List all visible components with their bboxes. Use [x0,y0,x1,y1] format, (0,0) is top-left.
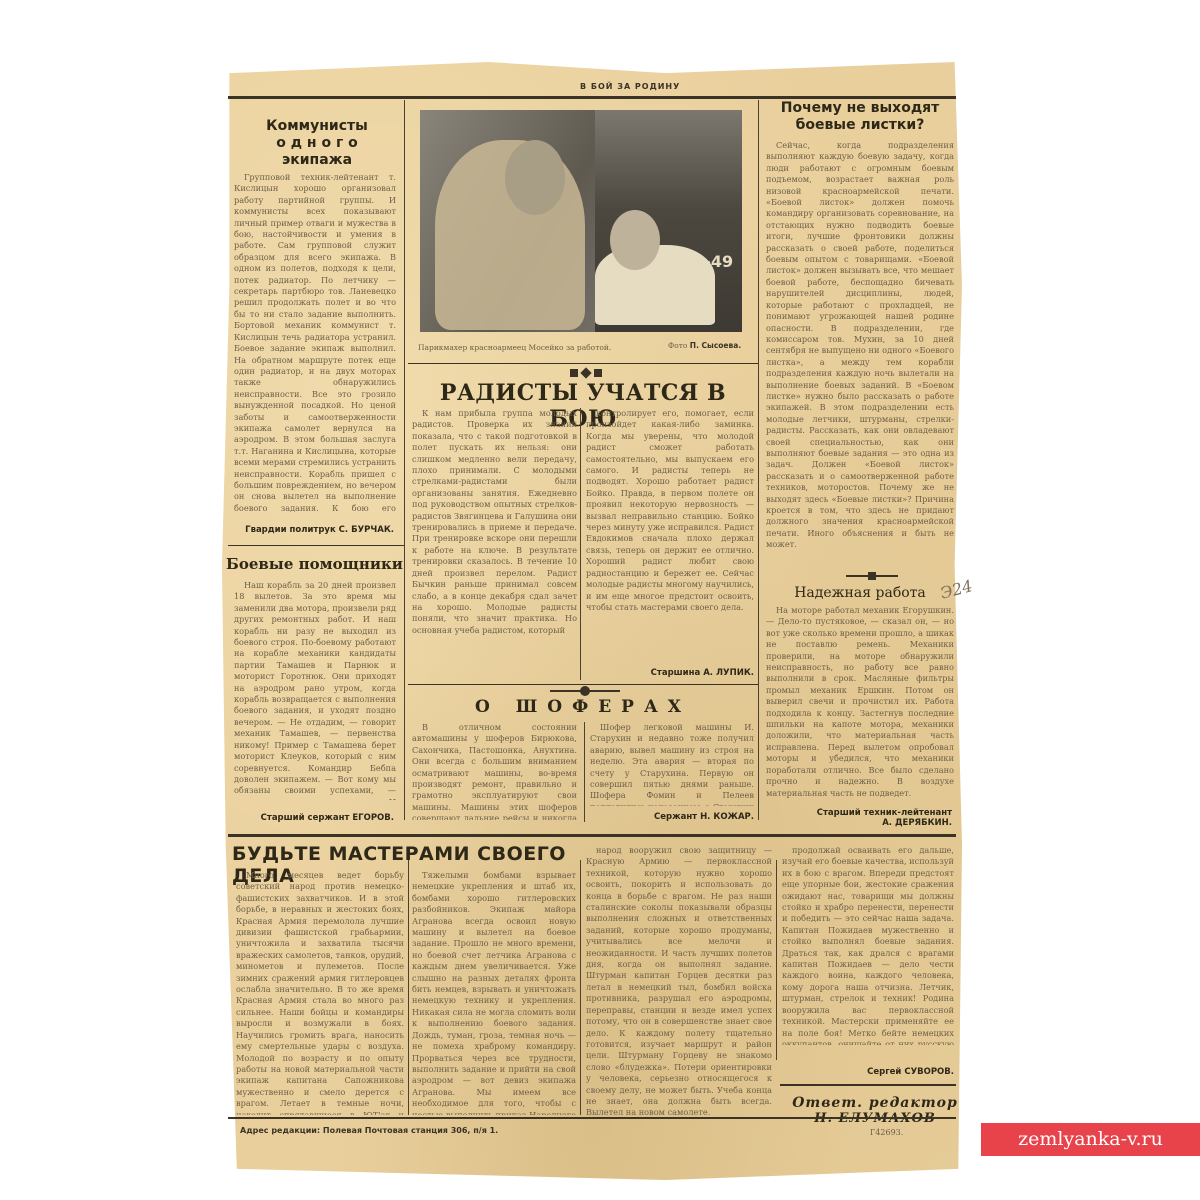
photo-credit: Фото П. Сысоева. [668,341,741,350]
article-body-radio-left: К нам прибыла группа молодых радистов. П… [412,408,577,678]
article-body-masters-col3: народ вооружил свою защитницу — Красную … [586,845,772,1115]
article-body-drivers-right: Шофер легковой машины И. Старухин и неда… [590,722,754,806]
article-body-masters-col1: Много месяцев ведет борьбу советский нар… [236,870,404,1115]
paragraph: контролирует его, помогает, если произой… [586,408,754,613]
column-divider [758,660,759,820]
signature-line: А. ДЕРЯБКИН. [766,818,952,828]
paragraph: К нам прибыла группа молодых радистов. П… [412,408,577,636]
print-code: Г42693. [870,1128,903,1137]
paragraph: В отличном состоянии автомашины у шоферо… [412,722,577,820]
ornament-square-icon [868,572,876,580]
article-body-reliable: На моторе работал механик Егорушкин. — Д… [766,605,954,800]
signature: Старшина А. ЛУПИК. [586,668,754,678]
editor-role: Ответ. редактор [790,1095,960,1111]
article-title-communists: Коммунисты о д н о г о экипажа [232,118,402,169]
signature: Гвардии политрук С. БУРЧАК. [234,525,394,535]
column-divider [580,408,581,680]
column-divider [584,722,585,822]
section-rule [228,545,404,546]
column-divider [404,100,405,660]
paragraph: Групповой техник-лейтенант т. Кислицын х… [234,172,396,512]
section-rule [780,1084,956,1086]
title-line: экипажа [232,152,402,169]
article-title-leaflets: Почему не выходят боевые листки? [762,100,958,134]
article-body-leaflets: Сейчас, когда подразделения выполняют ка… [766,140,954,560]
article-body-masters-col2: Тяжелыми бомбами взрывает немецкие укреп… [412,870,576,1115]
top-rule [228,96,956,99]
paragraph: Много месяцев ведет борьбу советский нар… [236,870,404,1115]
credit-name: П. Сысоева. [690,341,741,350]
column-divider [404,660,405,820]
signature: Сержант Н. КОЖАР. [590,812,754,822]
masthead: В БОЙ ЗА РОДИНУ [580,82,680,91]
signature-line: Старший техник-лейтенант [766,808,952,818]
title-line: Почему не выходят [762,100,958,117]
watermark-badge: zemlyanka-v.ru [981,1123,1200,1156]
signature: Старший сержант ЕГОРОВ. [234,813,394,823]
paragraph: народ вооружил свою защитницу — Красную … [586,845,772,1115]
article-body-helpers: Наш корабль за 20 дней произвел 18 вылет… [234,580,396,800]
paragraph: продолжай осваивать его дальше, изучай е… [782,845,954,1045]
article-body-radio-right: контролирует его, помогает, если произой… [586,408,754,676]
article-body-communists: Групповой техник-лейтенант т. Кислицын х… [234,172,396,512]
section-rule [408,684,758,685]
signature: Сергей СУВОРОВ. [782,1067,954,1077]
credit-label: Фото [668,341,687,350]
paragraph: На моторе работал механик Егорушкин. — Д… [766,605,954,799]
ornament-dot-icon [580,686,590,696]
title-line: о д н о г о [232,135,402,152]
section-rule [228,834,956,837]
photo-barber: 75-49 [420,110,742,332]
article-body-masters-col4: продолжай осваивать его дальше, изучай е… [782,845,954,1045]
photo-caption: Парикмахер красноармеец Мосейко за работ… [418,343,611,352]
ornament-icon [570,369,578,377]
column-divider [758,100,759,660]
section-rule [408,363,758,364]
paragraph: Шофер легковой машины И. Старухин и неда… [590,722,754,806]
article-title-reliable: Надежная работа [762,585,958,601]
paragraph: Наш корабль за 20 дней произвел 18 вылет… [234,580,396,800]
title-line: Коммунисты [232,118,402,135]
editor-block: Ответ. редактор Н. ЕЛУМАХОВ [790,1095,960,1126]
signature: Старший техник-лейтенант А. ДЕРЯБКИН. [766,808,952,828]
column-divider [580,860,581,1115]
footer-rule [228,1117,956,1119]
paragraph: Сейчас, когда подразделения выполняют ка… [766,140,954,551]
article-title-drivers: О ШОФЕРАХ [408,697,758,717]
article-title-helpers: Боевые помощники [226,555,406,573]
editorial-address: Адрес редакции: Полевая Почтовая станция… [240,1126,498,1135]
column-divider [776,860,777,1060]
article-body-drivers-left: В отличном состоянии автомашины у шоферо… [412,722,577,820]
paragraph: Тяжелыми бомбами взрывает немецкие укреп… [412,870,576,1115]
column-divider [408,860,409,1115]
title-line: боевые листки? [762,117,958,134]
ornament-icon [594,369,602,377]
